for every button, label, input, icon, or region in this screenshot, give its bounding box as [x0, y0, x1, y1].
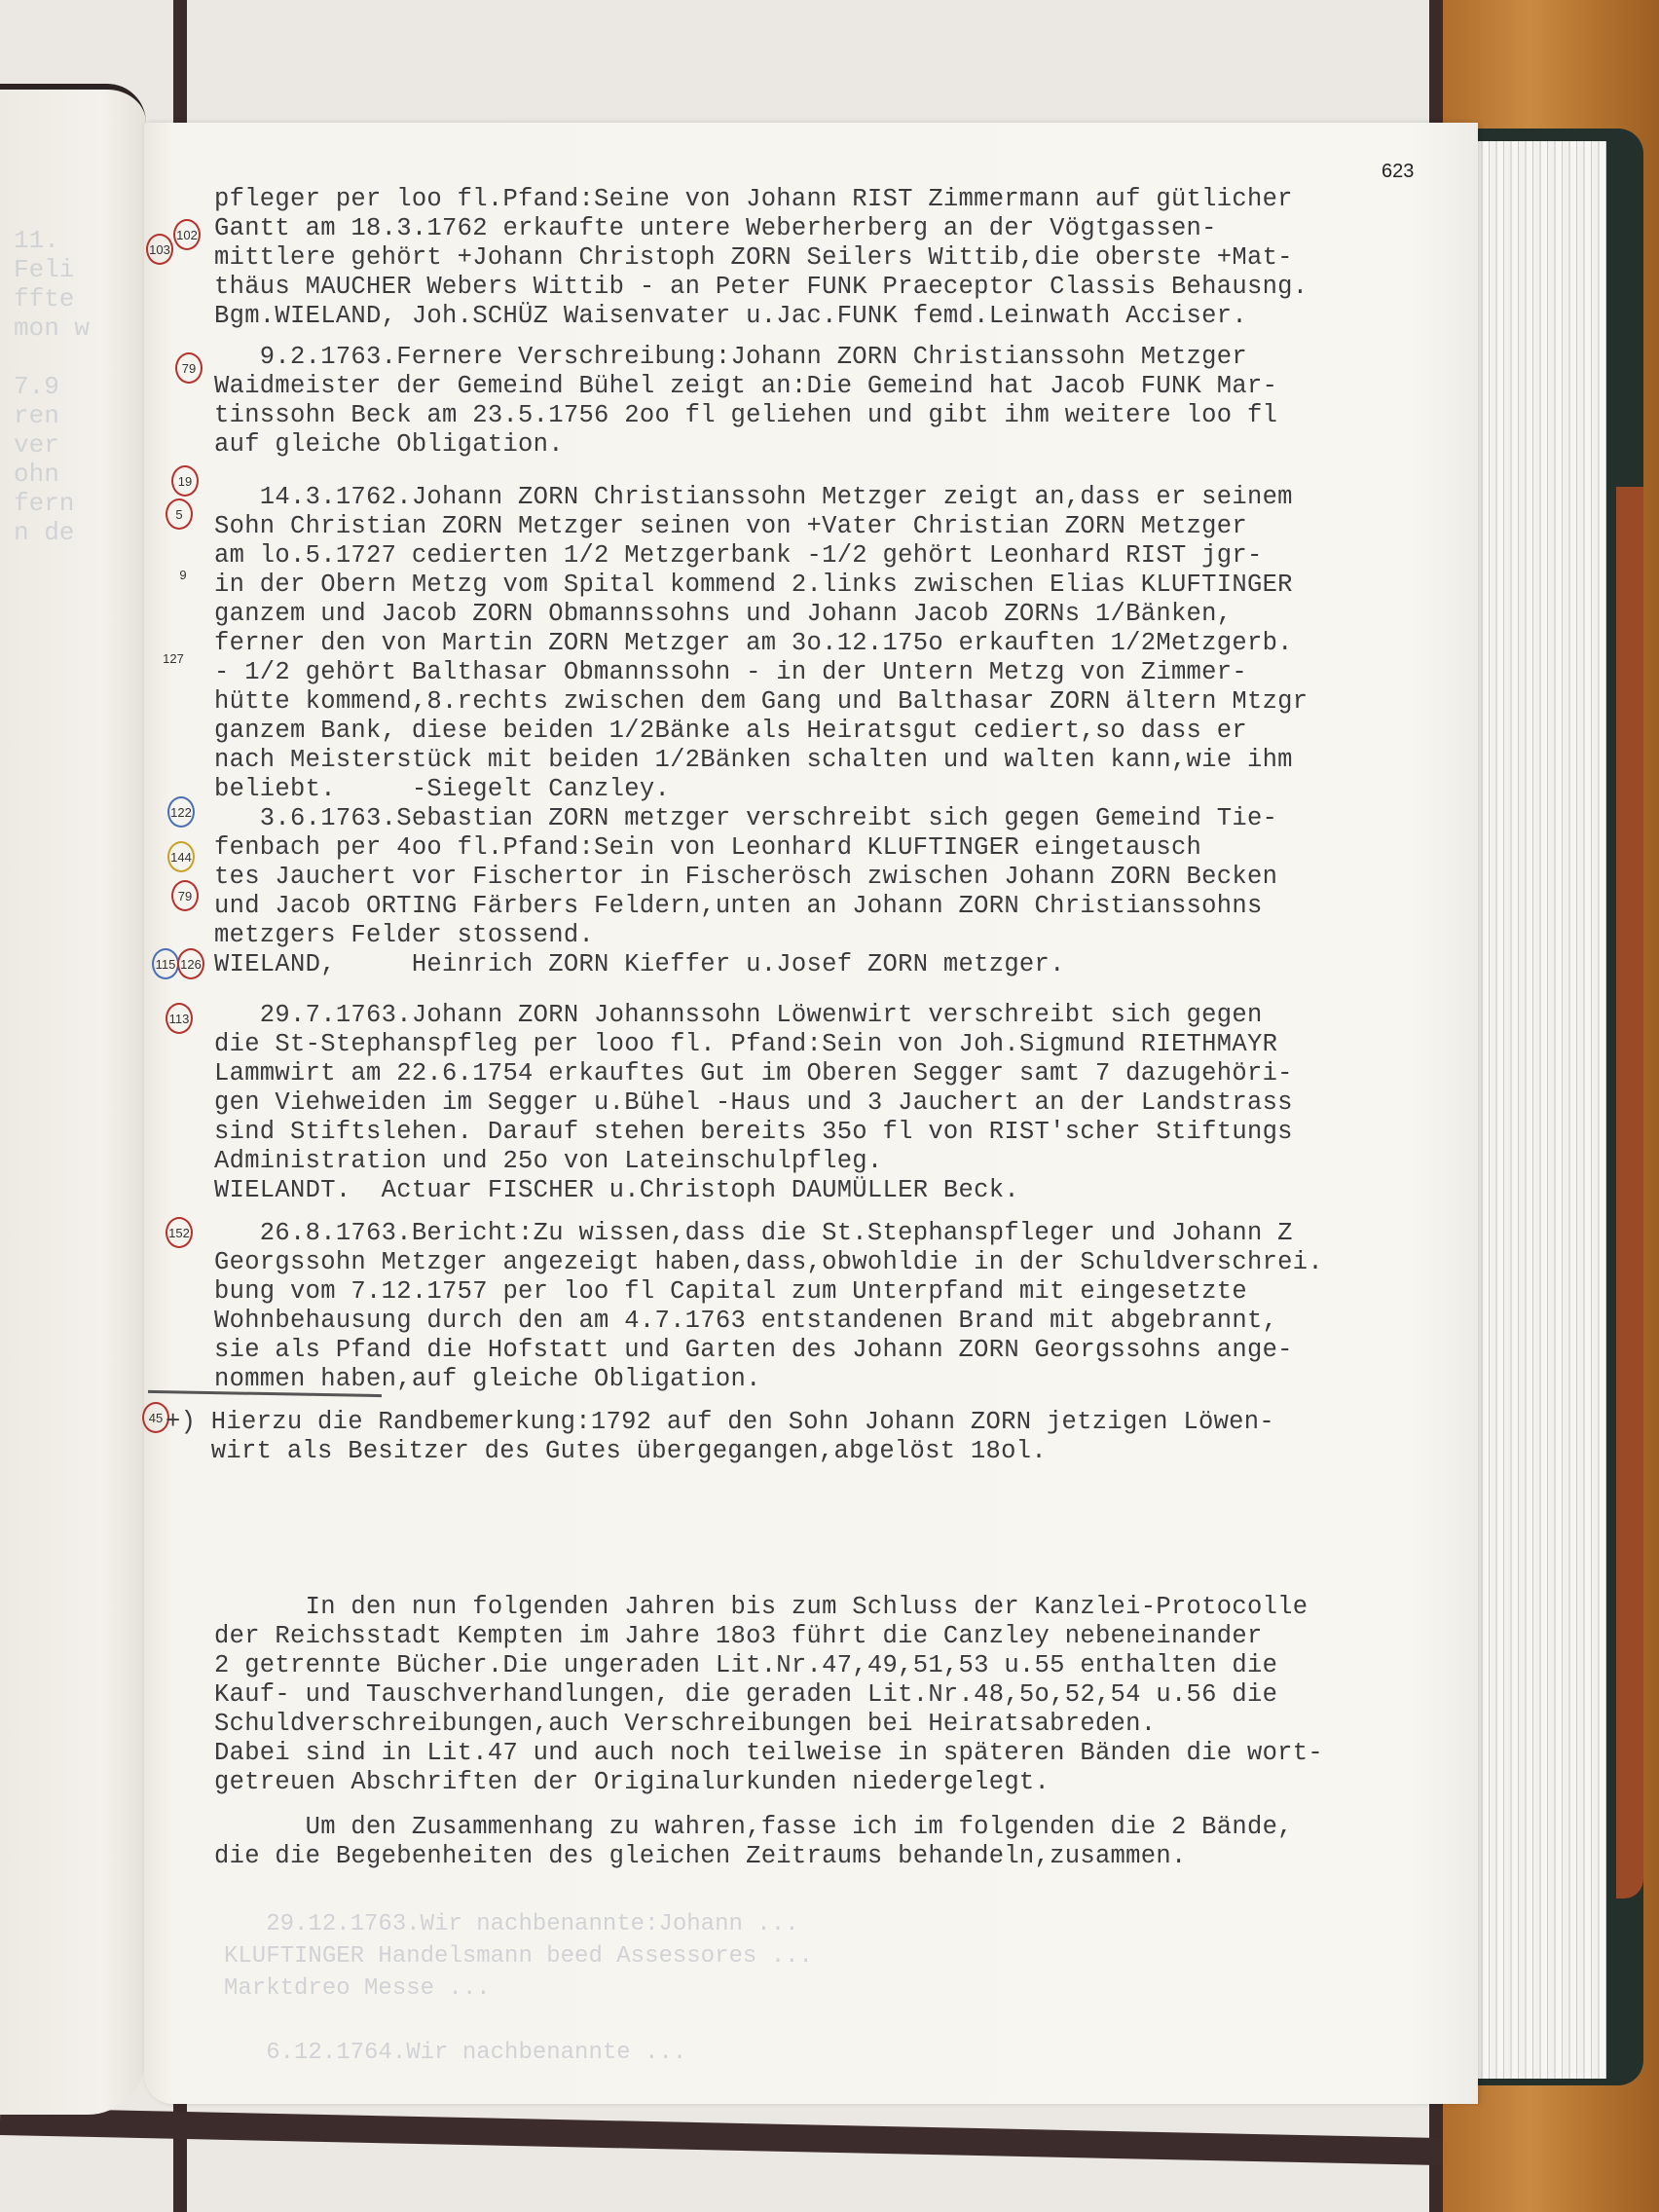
entry-lines: 9.2.1763.Fernere Verschreibung:Johann ZO… [214, 343, 1480, 460]
entry-lines: +) Hierzu die Randbemerkung:1792 auf den… [166, 1408, 1431, 1466]
text-line: WIELAND, Heinrich ZORN Kieffer u.Josef Z… [214, 950, 1480, 979]
text-line: der Reichsstadt Kempten im Jahre 18o3 fü… [214, 1622, 1480, 1651]
text-line: mittlere gehört +Johann Christoph ZORN S… [214, 243, 1480, 273]
text-line: sie als Pfand die Hofstatt und Garten de… [214, 1336, 1480, 1365]
page-edges [1460, 141, 1606, 2079]
entry-lines: 3.6.1763.Sebastian ZORN metzger verschre… [214, 804, 1480, 979]
text-line: Um den Zusammenhang zu wahren,fasse ich … [214, 1813, 1480, 1842]
text-line: gen Viehweiden im Segger u.Bühel -Haus u… [214, 1088, 1480, 1118]
text-line: thäus MAUCHER Webers Wittib - an Peter F… [214, 273, 1480, 302]
text-line: beliebt. -Siegelt Canzley. [214, 775, 1480, 804]
text-line: 29.7.1763.Johann ZORN Johannssohn Löwenw… [214, 1001, 1480, 1030]
text-line: +) Hierzu die Randbemerkung:1792 auf den… [166, 1408, 1431, 1437]
text-line: Gantt am 18.3.1762 erkaufte untere Weber… [214, 214, 1480, 243]
text-line: Schuldverschreibungen,auch Verschreibung… [214, 1710, 1480, 1739]
text-line: nommen haben,auf gleiche Obligation. [214, 1365, 1480, 1394]
text-line: Lammwirt am 22.6.1754 erkauftes Gut im O… [214, 1059, 1480, 1088]
text-line: ganzem und Jacob ZORN Obmannssohns und J… [214, 600, 1480, 629]
text-line: die St-Stephanspfleg per looo fl. Pfand:… [214, 1030, 1480, 1059]
text-line: 14.3.1762.Johann ZORN Christianssohn Met… [214, 483, 1480, 512]
text-line: hütte kommend,8.rechts zwischen dem Gang… [214, 687, 1480, 717]
margin-annotation: 113 [166, 1003, 193, 1034]
text-line: Waidmeister der Gemeind Bühel zeigt an:D… [214, 372, 1480, 401]
text-line: Sohn Christian ZORN Metzger seinen von +… [214, 512, 1480, 541]
entry-lines: 29.7.1763.Johann ZORN Johannssohn Löwenw… [214, 1001, 1480, 1205]
margin-annotation: 144 [167, 841, 195, 872]
text-line: in der Obern Metzg vom Spital kommend 2.… [214, 571, 1480, 600]
margin-annotation: 103 [146, 234, 173, 265]
entry-lines: 14.3.1762.Johann ZORN Christianssohn Met… [214, 483, 1480, 804]
margin-annotation: 79 [175, 352, 203, 384]
text-line: am lo.5.1727 cedierten 1/2 Metzgerbank -… [214, 541, 1480, 571]
text-line: wirt als Besitzer des Gutes übergegangen… [166, 1437, 1431, 1466]
margin-annotation: 127 [162, 645, 185, 672]
margin-annotation: 152 [166, 1217, 193, 1248]
entry-4: 3.6.1763.Sebastian ZORN metzger verschre… [214, 804, 1480, 979]
entry-6: 26.8.1763.Bericht:Zu wissen,dass die St.… [214, 1219, 1480, 1394]
margin-annotation: 79 [171, 880, 199, 911]
text-line: ferner den von Martin ZORN Metzger am 3o… [214, 629, 1480, 658]
text-line: auf gleiche Obligation. [214, 430, 1480, 460]
entry-1: pfleger per loo fl.Pfand:Seine von Johan… [214, 185, 1480, 331]
text-line: sind Stiftslehen. Darauf stehen bereits … [214, 1118, 1480, 1147]
bleed-through-text: 11. Feli ffte mon w 7.9 ren ver ohn fern… [14, 226, 130, 547]
text-line: In den nun folgenden Jahren bis zum Schl… [214, 1593, 1480, 1622]
text-line: 26.8.1763.Bericht:Zu wissen,dass die St.… [214, 1219, 1480, 1248]
margin-annotation: 122 [167, 796, 195, 828]
entry-5: 29.7.1763.Johann ZORN Johannssohn Löwenw… [214, 1001, 1480, 1205]
text-line: ganzem Bank, diese beiden 1/2Bänke als H… [214, 717, 1480, 746]
text-line: 3.6.1763.Sebastian ZORN metzger verschre… [214, 804, 1480, 833]
text-line: Wohnbehausung durch den am 4.7.1763 ents… [214, 1307, 1480, 1336]
text-line: getreuen Abschriften der Originalurkunde… [214, 1768, 1480, 1797]
text-line: bung vom 7.12.1757 per loo fl Capital zu… [214, 1277, 1480, 1307]
left-page: 11. Feli ffte mon w 7.9 ren ver ohn fern… [0, 84, 146, 2115]
entry-2: 9.2.1763.Fernere Verschreibung:Johann ZO… [214, 343, 1480, 460]
page-number: 623 [1382, 161, 1414, 183]
margin-annotation: 126 [177, 948, 204, 979]
entry-lines: 26.8.1763.Bericht:Zu wissen,dass die St.… [214, 1219, 1480, 1394]
marginal-note-entry: +) Hierzu die Randbemerkung:1792 auf den… [166, 1408, 1431, 1466]
text-line: tinssohn Beck am 23.5.1756 2oo fl gelieh… [214, 401, 1480, 430]
text-line: metzgers Felder stossend. [214, 921, 1480, 950]
intro-paragraph: In den nun folgenden Jahren bis zum Schl… [214, 1593, 1480, 1797]
margin-annotation: 5 [166, 498, 193, 530]
text-line: 9.2.1763.Fernere Verschreibung:Johann ZO… [214, 343, 1480, 372]
text-line: die die Begebenheiten des gleichen Zeitr… [214, 1842, 1480, 1871]
text-line: - 1/2 gehört Balthasar Obmannssohn - in … [214, 658, 1480, 687]
bleed-through-text: 29.12.1763.Wir nachbenannte:Johann ... K… [224, 1908, 1392, 2069]
entry-lines: Um den Zusammenhang zu wahren,fasse ich … [214, 1813, 1480, 1871]
text-line: und Jacob ORTING Färbers Feldern,unten a… [214, 892, 1480, 921]
margin-annotation: 102 [173, 219, 201, 250]
text-line: nach Meisterstück mit beiden 1/2Bänken s… [214, 746, 1480, 775]
margin-annotation: 9 [171, 561, 195, 588]
text-line: Administration und 25o von Lateinschulpf… [214, 1147, 1480, 1176]
margin-annotation: 19 [171, 465, 199, 497]
closing-paragraph: Um den Zusammenhang zu wahren,fasse ich … [214, 1813, 1480, 1871]
text-line: fenbach per 4oo fl.Pfand:Sein von Leonha… [214, 833, 1480, 863]
text-line: Bgm.WIELAND, Joh.SCHÜZ Waisenvater u.Jac… [214, 302, 1480, 331]
text-line: pfleger per loo fl.Pfand:Seine von Johan… [214, 185, 1480, 214]
margin-annotation: 115 [152, 948, 179, 979]
entry-lines: pfleger per loo fl.Pfand:Seine von Johan… [214, 185, 1480, 331]
book-cover-corner [1616, 487, 1643, 1899]
entry-lines: In den nun folgenden Jahren bis zum Schl… [214, 1593, 1480, 1797]
text-line: Georgssohn Metzger angezeigt haben,dass,… [214, 1248, 1480, 1277]
text-line: tes Jauchert vor Fischertor in Fischerös… [214, 863, 1480, 892]
text-line: 2 getrennte Bücher.Die ungeraden Lit.Nr.… [214, 1651, 1480, 1680]
text-line: Dabei sind in Lit.47 und auch noch teilw… [214, 1739, 1480, 1768]
text-line: WIELANDT. Actuar FISCHER u.Christoph DAU… [214, 1176, 1480, 1205]
text-line: Kauf- und Tauschverhandlungen, die gerad… [214, 1680, 1480, 1710]
entry-3: 14.3.1762.Johann ZORN Christianssohn Met… [214, 483, 1480, 804]
